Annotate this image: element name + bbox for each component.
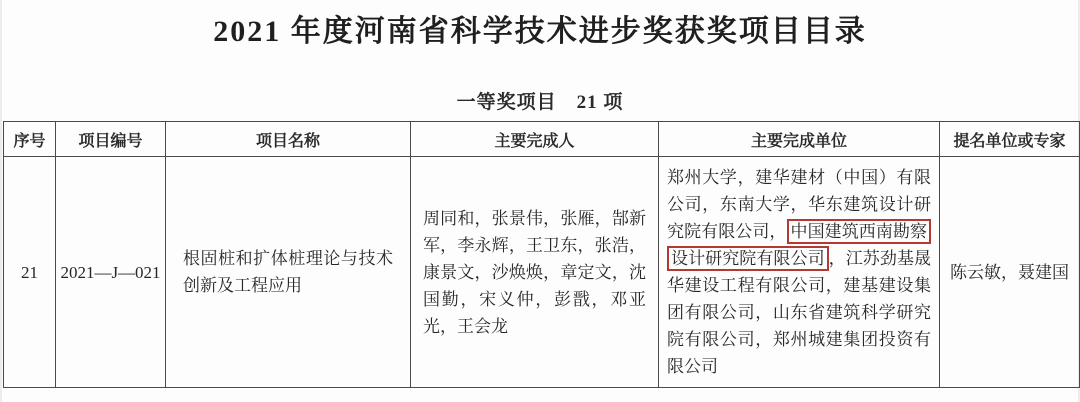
award-table: 序号 项目编号 项目名称 主要完成人 主要完成单位 提名单位或专家 21 202… — [3, 121, 1080, 388]
header-project-no: 项目编号 — [56, 122, 166, 157]
header-seq: 序号 — [4, 122, 56, 157]
header-nominator: 提名单位或专家 — [940, 122, 1080, 157]
document-page: 2021 年度河南省科学技术进步奖获奖项目目录 一等奖项目 21 项 序号 项目… — [0, 0, 1080, 402]
header-contributors: 主要完成人 — [411, 122, 659, 157]
cell-seq: 21 — [4, 157, 56, 388]
table-header-row: 序号 项目编号 项目名称 主要完成人 主要完成单位 提名单位或专家 — [4, 122, 1080, 157]
cell-units: 郑州大学，建华建材（中国）有限公司，东南大学，华东建筑设计研究院有限公司，中国建… — [659, 157, 940, 388]
document-subtitle: 一等奖项目 21 项 — [2, 90, 1078, 116]
cell-nominator: 陈云敏，聂建国 — [940, 157, 1080, 388]
cell-contributors: 周同和，张景伟，张雁，郜新军，李永辉，王卫东，张浩，康景文，沙焕焕，章定文，沈国… — [411, 157, 659, 388]
cell-project-name: 根固桩和扩体桩理论与技术创新及工程应用 — [166, 157, 411, 388]
header-project-name: 项目名称 — [166, 122, 411, 157]
header-units: 主要完成单位 — [659, 122, 940, 157]
table-row: 21 2021—J—021 根固桩和扩体桩理论与技术创新及工程应用 周同和，张景… — [4, 157, 1080, 388]
cell-project-no: 2021—J—021 — [56, 157, 166, 388]
document-title: 2021 年度河南省科学技术进步奖获奖项目目录 — [2, 0, 1078, 52]
